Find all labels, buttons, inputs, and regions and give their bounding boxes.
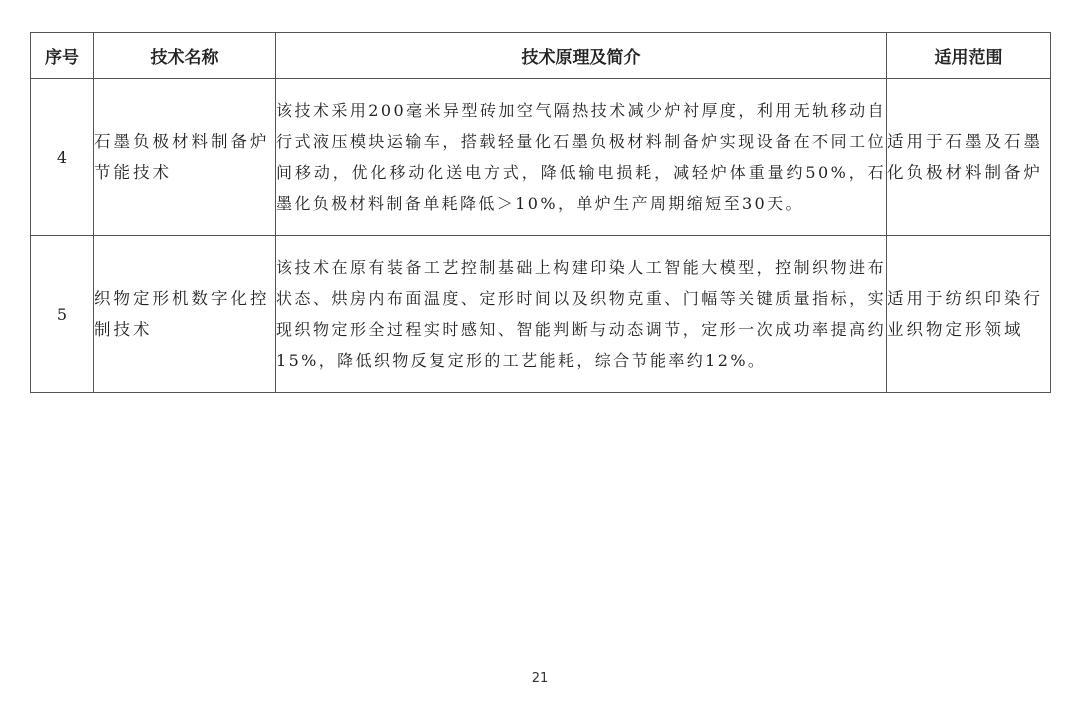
page-number: 21	[0, 671, 1080, 686]
cell-scope: 适用于纺织印染行业织物定形领域	[887, 236, 1051, 393]
header-no: 序号	[31, 33, 94, 79]
table-header-row: 序号 技术名称 技术原理及简介 适用范围	[31, 33, 1051, 79]
cell-description: 该技术采用200毫米异型砖加空气隔热技术减少炉衬厚度，利用无轨移动自行式液压模块…	[276, 79, 887, 236]
header-name: 技术名称	[94, 33, 276, 79]
cell-name: 织物定形机数字化控制技术	[94, 236, 276, 393]
cell-description: 该技术在原有装备工艺控制基础上构建印染人工智能大模型，控制织物进布状态、烘房内布…	[276, 236, 887, 393]
document-page: 序号 技术名称 技术原理及简介 适用范围 4 石墨负极材料制备炉节能技术 该技术…	[0, 0, 1080, 704]
technology-table: 序号 技术名称 技术原理及简介 适用范围 4 石墨负极材料制备炉节能技术 该技术…	[30, 32, 1051, 393]
cell-no: 4	[31, 79, 94, 236]
cell-name: 石墨负极材料制备炉节能技术	[94, 79, 276, 236]
table-row: 5 织物定形机数字化控制技术 该技术在原有装备工艺控制基础上构建印染人工智能大模…	[31, 236, 1051, 393]
cell-no: 5	[31, 236, 94, 393]
header-scope: 适用范围	[887, 33, 1051, 79]
table-row: 4 石墨负极材料制备炉节能技术 该技术采用200毫米异型砖加空气隔热技术减少炉衬…	[31, 79, 1051, 236]
header-description: 技术原理及简介	[276, 33, 887, 79]
cell-scope: 适用于石墨及石墨化负极材料制备炉	[887, 79, 1051, 236]
